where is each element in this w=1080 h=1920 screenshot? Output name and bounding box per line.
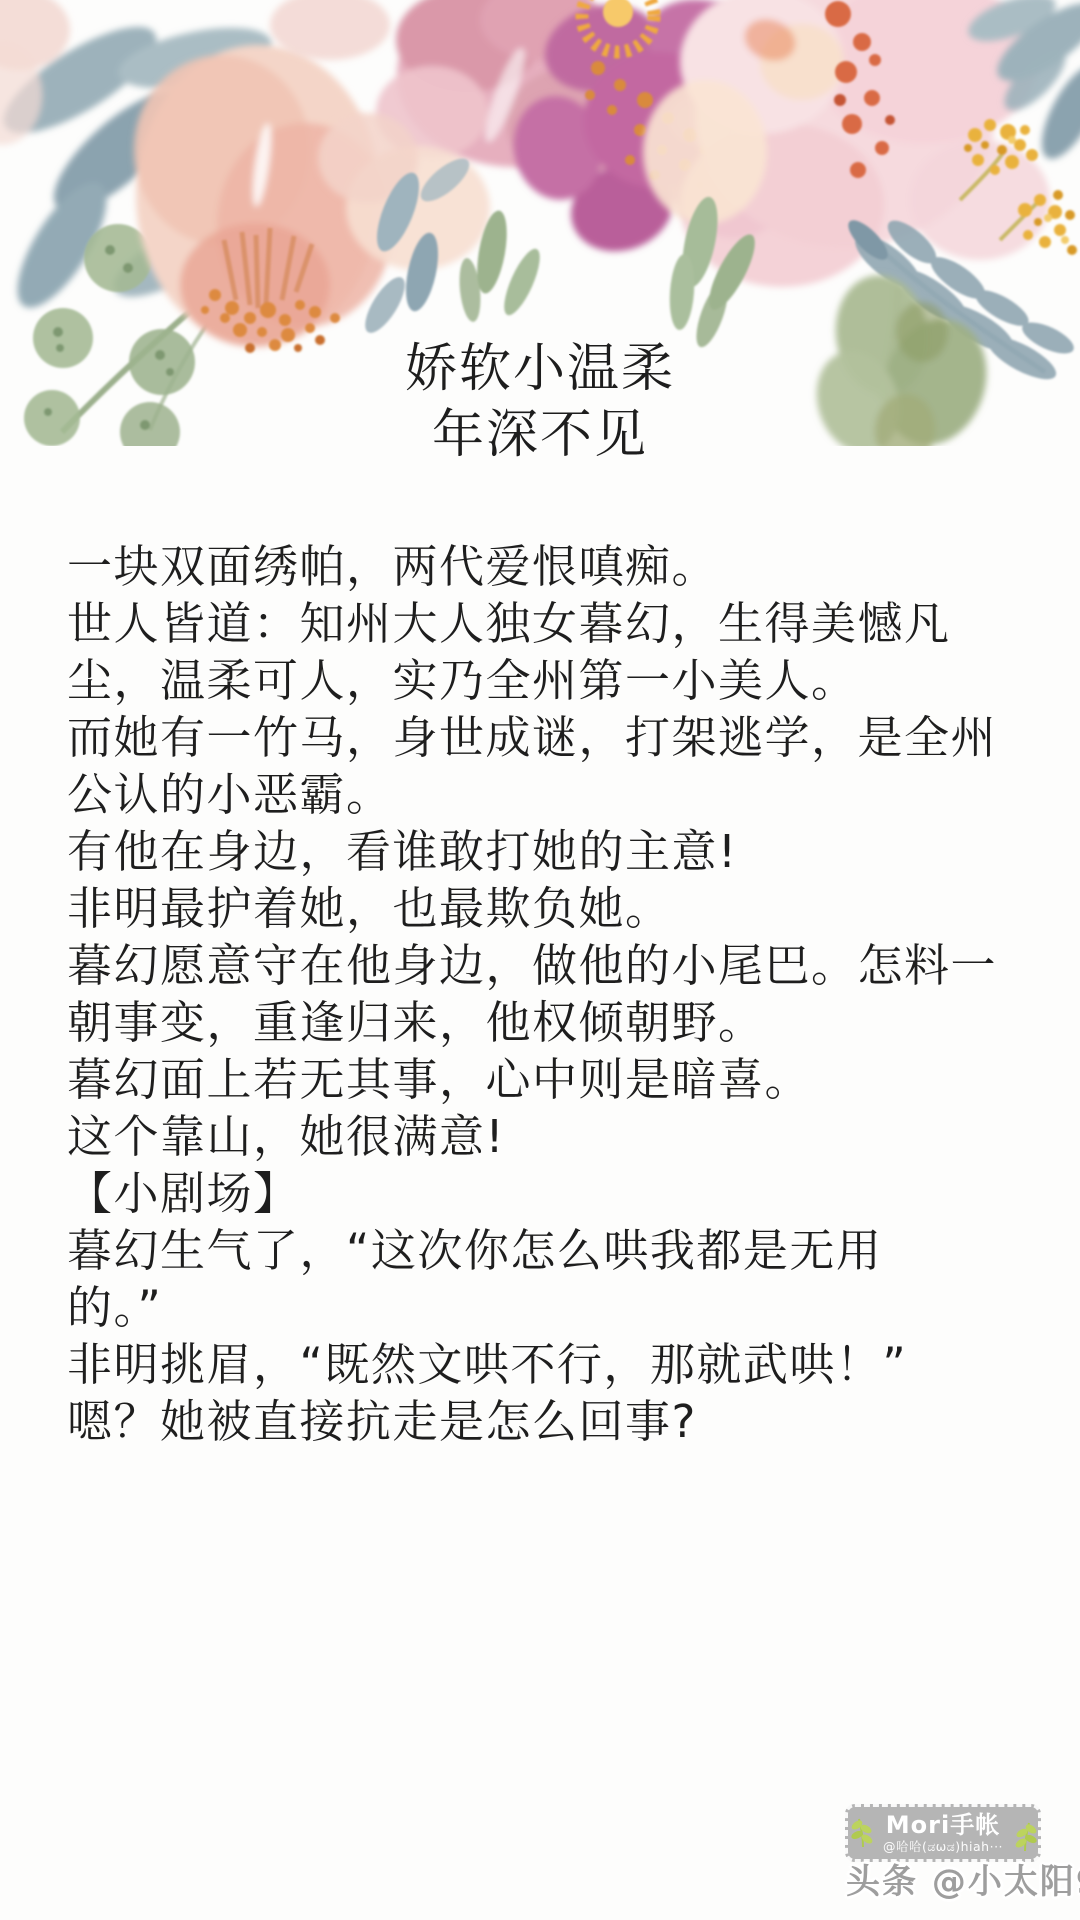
synopsis-text: 一块双面绣帕，两代爱恨嗔痴。世人皆道：知州大人独女暮幻，生得美憾凡尘，温柔可人，… — [67, 538, 1032, 1450]
title-line: 娇软小温柔 — [0, 336, 1080, 402]
synopsis-line: 暮幻生气了，“这次你怎么哄我都是无用 — [67, 1222, 1032, 1279]
leaf-icon — [851, 1815, 875, 1853]
synopsis-line: 非明最护着她，也最欺负她。 — [67, 880, 1032, 937]
leaf-icon — [1013, 1819, 1037, 1857]
synopsis-line: 世人皆道：知州大人独女暮幻，生得美憾凡 — [67, 595, 1032, 652]
synopsis-line: 嗯？她被直接抗走是怎么回事? — [67, 1393, 1032, 1450]
stamp-title: Mori手帐 — [886, 1812, 1000, 1839]
synopsis-line: 【小剧场】 — [67, 1165, 1032, 1222]
synopsis-line: 暮幻愿意守在他身边，做他的小尾巴。怎料一 — [67, 937, 1032, 994]
synopsis-line: 尘，温柔可人，实乃全州第一小美人。 — [67, 652, 1032, 709]
synopsis-line: 非明挑眉，“既然文哄不行，那就武哄！” — [67, 1336, 1032, 1393]
stamp-subtitle: @哈哈(ಡωಡ)hiah··· — [883, 1839, 1003, 1854]
synopsis-line: 暮幻面上若无其事，心中则是暗喜。 — [67, 1051, 1032, 1108]
synopsis-line: 公认的小恶霸。 — [67, 766, 1032, 823]
page-title: 娇软小温柔年深不见 — [0, 336, 1080, 468]
synopsis-line: 这个靠山，她很满意! — [67, 1108, 1032, 1165]
byline-watermark: 头条 @小太阳92 — [846, 1854, 1080, 1903]
synopsis-line: 有他在身边，看谁敢打她的主意! — [67, 823, 1032, 880]
synopsis-line: 一块双面绣帕，两代爱恨嗔痴。 — [67, 538, 1032, 595]
title-line: 年深不见 — [0, 402, 1080, 468]
synopsis-line: 而她有一竹马，身世成谜，打架逃学，是全州 — [67, 709, 1032, 766]
synopsis-line: 的。” — [67, 1279, 1032, 1336]
synopsis-line: 朝事变，重逢归来，他权倾朝野。 — [67, 994, 1032, 1051]
